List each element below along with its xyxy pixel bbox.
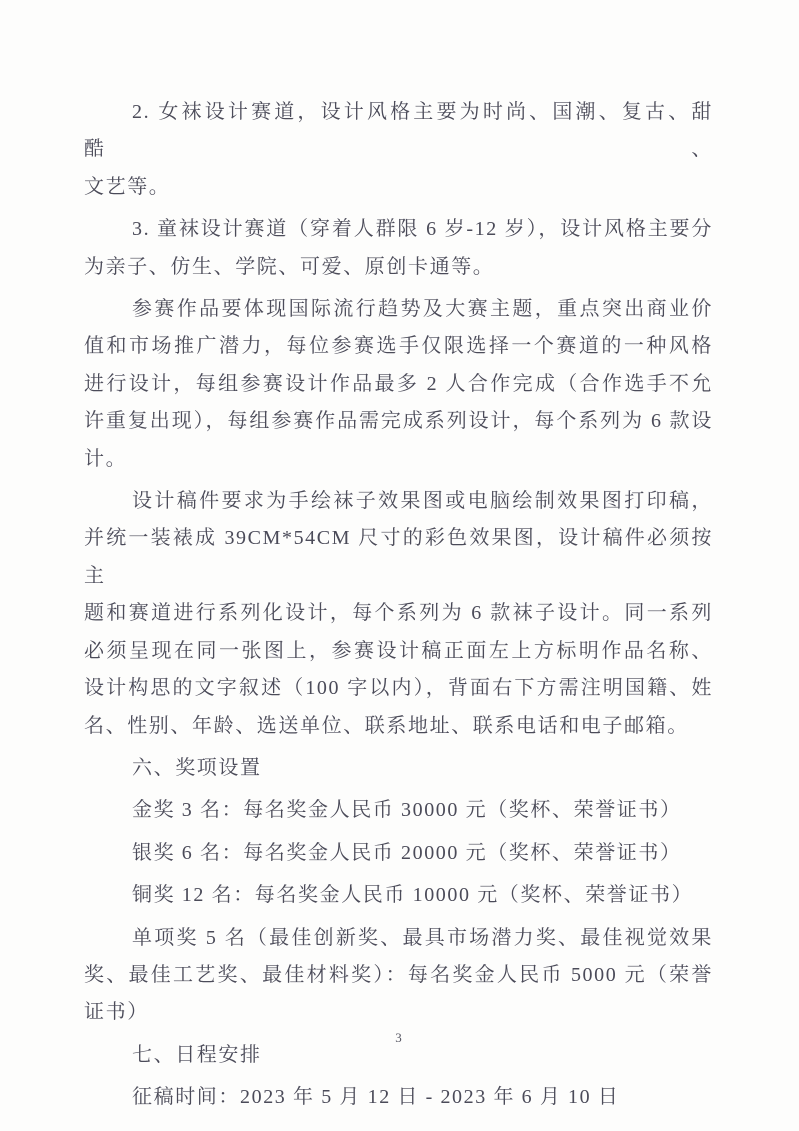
text-line: 参赛作品要体现国际流行趋势及大赛主题，重点突出商业价 [84, 291, 713, 328]
document-content: 2. 女袜设计赛道，设计风格主要为时尚、国潮、复古、甜酷、文艺等。3. 童袜设计… [84, 94, 713, 1117]
text-line: 设计构思的文字叙述（100 字以内），背面右下方需注明国籍、姓 [84, 670, 713, 707]
text-line: 许重复出现），每组参赛作品需完成系列设计，每个系列为 6 款设 [84, 403, 713, 440]
text-line: 银奖 6 名：每名奖金人民币 20000 元（奖杯、荣誉证书） [84, 835, 713, 872]
paragraph: 银奖 6 名：每名奖金人民币 20000 元（奖杯、荣誉证书） [84, 835, 713, 872]
page-number: 3 [84, 1030, 713, 1046]
text-line: 证书） [84, 994, 713, 1031]
paragraph: 参赛作品要体现国际流行趋势及大赛主题，重点突出商业价值和市场推广潜力，每位参赛选… [84, 291, 713, 478]
text-line: 值和市场推广潜力，每位参赛选手仅限选择一个赛道的一种风格 [84, 328, 713, 365]
text-line: 必须呈现在同一张图上，参赛设计稿正面左上方标明作品名称、 [84, 633, 713, 670]
text-line: 题和赛道进行系列化设计，每个系列为 6 款袜子设计。同一系列 [84, 595, 713, 632]
paragraph: 3. 童袜设计赛道（穿着人群限 6 岁-12 岁），设计风格主要分为亲子、仿生、… [84, 211, 713, 286]
text-line: 名、性别、年龄、选送单位、联系地址、联系电话和电子邮箱。 [84, 708, 713, 745]
text-line: 并统一装裱成 39CM*54CM 尺寸的彩色效果图，设计稿件必须按主 [84, 520, 713, 595]
paragraph: 2. 女袜设计赛道，设计风格主要为时尚、国潮、复古、甜酷、文艺等。 [84, 94, 713, 206]
text-line: 单项奖 5 名（最佳创新奖、最具市场潜力奖、最佳视觉效果 [84, 920, 713, 957]
text-line: 奖、最佳工艺奖、最佳材料奖）：每名奖金人民币 5000 元（荣誉 [84, 957, 713, 994]
paragraph: 铜奖 12 名：每名奖金人民币 10000 元（奖杯、荣誉证书） [84, 877, 713, 914]
paragraph: 征稿时间：2023 年 5 月 12 日 - 2023 年 6 月 10 日 [84, 1079, 713, 1116]
text-line: 计。 [84, 441, 713, 478]
text-line: 铜奖 12 名：每名奖金人民币 10000 元（奖杯、荣誉证书） [84, 877, 713, 914]
text-line: 设计稿件要求为手绘袜子效果图或电脑绘制效果图打印稿， [84, 483, 713, 520]
paragraph: 设计稿件要求为手绘袜子效果图或电脑绘制效果图打印稿，并统一装裱成 39CM*54… [84, 483, 713, 745]
text-line: 进行设计，每组参赛设计作品最多 2 人合作完成（合作选手不允 [84, 366, 713, 403]
text-line: 金奖 3 名：每名奖金人民币 30000 元（奖杯、荣誉证书） [84, 792, 713, 829]
text-line: 2. 女袜设计赛道，设计风格主要为时尚、国潮、复古、甜酷、 [84, 94, 713, 169]
paragraph: 金奖 3 名：每名奖金人民币 30000 元（奖杯、荣誉证书） [84, 792, 713, 829]
paragraph: 六、奖项设置 [84, 750, 713, 787]
text-line: 3. 童袜设计赛道（穿着人群限 6 岁-12 岁），设计风格主要分 [84, 211, 713, 248]
document-page: 2. 女袜设计赛道，设计风格主要为时尚、国潮、复古、甜酷、文艺等。3. 童袜设计… [0, 0, 799, 1131]
text-line: 文艺等。 [84, 169, 713, 206]
text-line: 为亲子、仿生、学院、可爱、原创卡通等。 [84, 249, 713, 286]
text-line: 征稿时间：2023 年 5 月 12 日 - 2023 年 6 月 10 日 [84, 1079, 713, 1116]
paragraph: 单项奖 5 名（最佳创新奖、最具市场潜力奖、最佳视觉效果奖、最佳工艺奖、最佳材料… [84, 920, 713, 1032]
text-line: 六、奖项设置 [84, 750, 713, 787]
